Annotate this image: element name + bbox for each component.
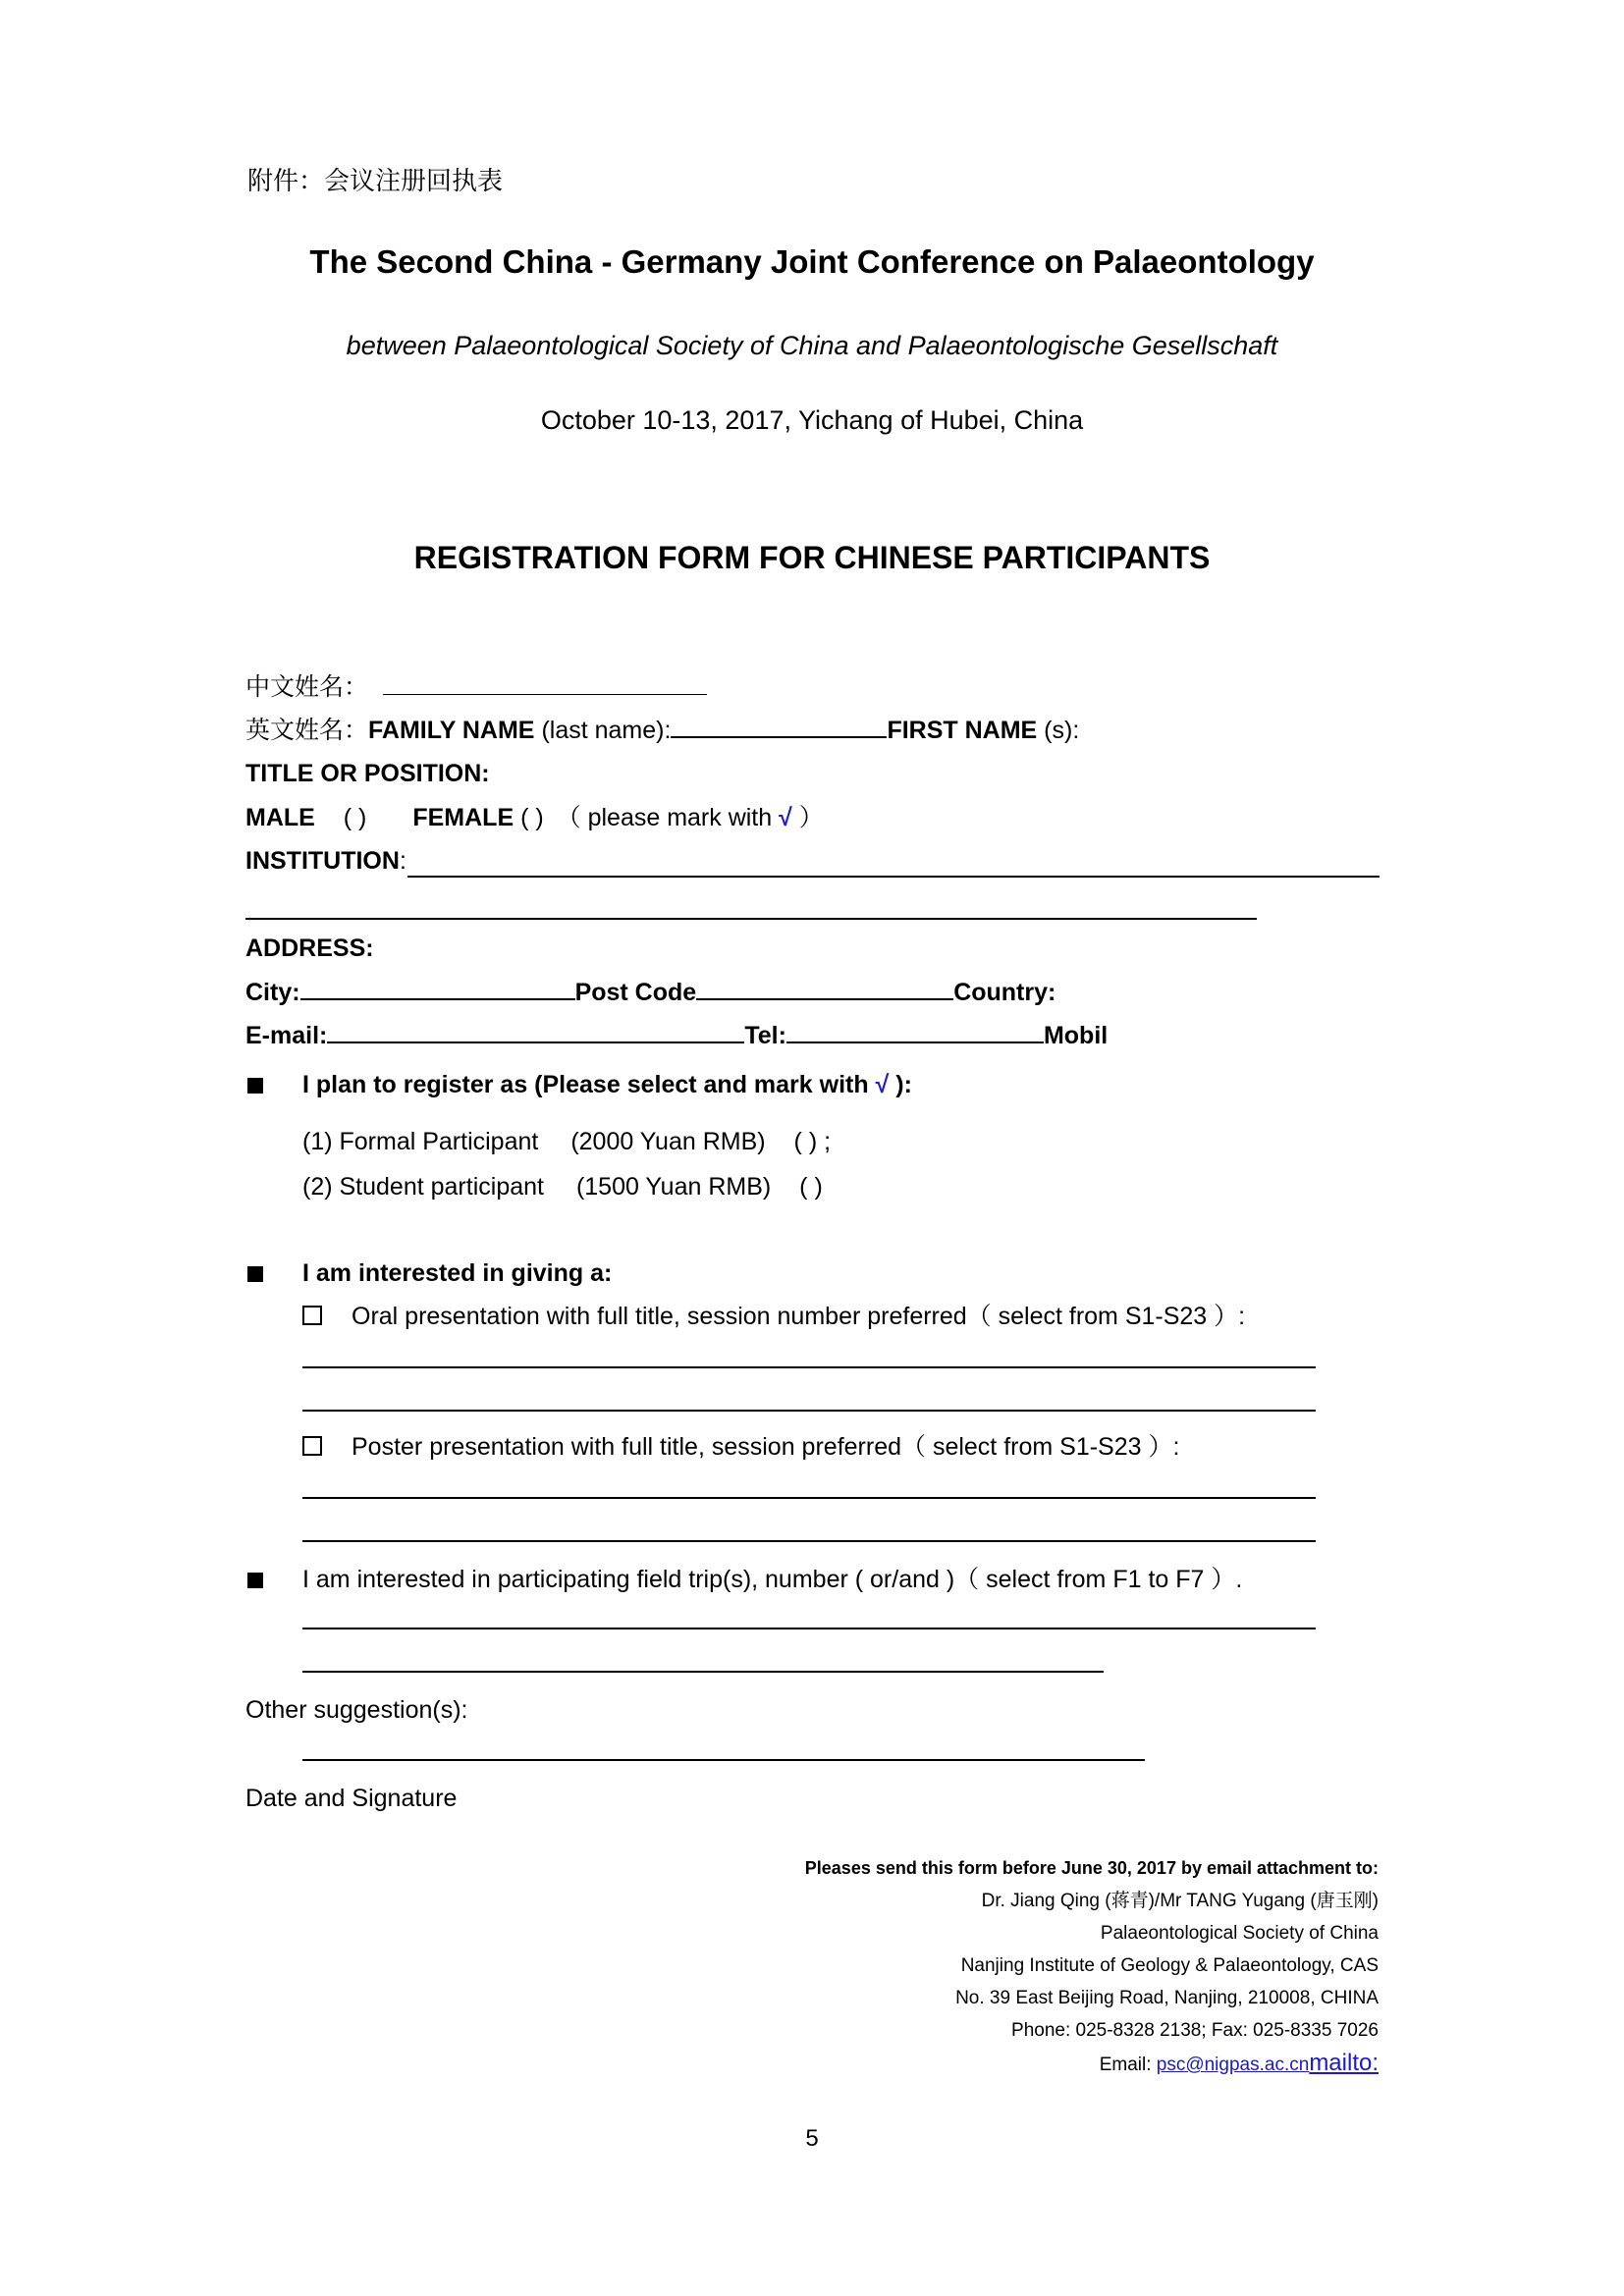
field-trip-line-2[interactable] xyxy=(302,1671,1104,1673)
email-row: E-mail:Tel:Mobil xyxy=(245,1020,1108,1051)
bullet-square-icon xyxy=(247,1266,263,1282)
city-field[interactable] xyxy=(300,977,575,1000)
post-code-field[interactable] xyxy=(696,977,953,1000)
footer-email-row: Email: psc@nigpas.ac.cnmailto: xyxy=(805,2047,1379,2081)
registration-option-formal: (1) Formal Participant (2000 Yuan RMB) (… xyxy=(302,1126,831,1157)
address-label: ADDRESS: xyxy=(245,933,374,964)
email-label: E-mail: xyxy=(245,1022,327,1049)
footer-instruction: Pleases send this form before June 30, 2… xyxy=(805,1852,1379,1885)
footer-mailto-link[interactable]: mailto: xyxy=(1309,2050,1379,2076)
footer-contact: Pleases send this form before June 30, 2… xyxy=(805,1852,1379,2081)
oral-presentation-checkbox[interactable] xyxy=(302,1306,322,1325)
option-label: (1) Formal Participant xyxy=(302,1128,538,1155)
mark-hint: （ please mark with √ ） xyxy=(557,804,824,831)
male-checkbox[interactable]: ( ) xyxy=(344,804,367,831)
footer-institute: Nanjing Institute of Geology & Palaeonto… xyxy=(805,1949,1379,1982)
chinese-name-label: 中文姓名： xyxy=(245,672,368,701)
chinese-name-field[interactable] xyxy=(383,672,707,695)
page-number: 5 xyxy=(0,2125,1624,2153)
footer-phone-fax: Phone: 025-8328 2138; Fax: 025-8335 7026 xyxy=(805,2014,1379,2047)
mobil-label: Mobil xyxy=(1044,1022,1108,1049)
gender-row: MALE ( ) FEMALE ( ) （ please mark with √… xyxy=(245,802,824,833)
post-code-label: Post Code xyxy=(575,979,697,1006)
english-name-row: 英文姓名：FAMILY NAME (last name):FIRST NAME … xyxy=(245,715,1079,746)
option-label: (2) Student participant xyxy=(302,1173,544,1201)
mark-hint-close: ） xyxy=(792,804,824,831)
title-position-label: TITLE OR POSITION: xyxy=(245,758,490,789)
tel-field[interactable] xyxy=(786,1020,1044,1043)
footer-contacts: Dr. Jiang Qing (蒋青)/Mr TANG Yugang (唐玉刚) xyxy=(805,1885,1379,1917)
conference-subtitle: between Palaeontological Society of Chin… xyxy=(0,331,1624,361)
check-mark-icon: √ xyxy=(779,804,792,831)
other-suggestions-line[interactable] xyxy=(302,1759,1145,1761)
family-name-hint: (last name): xyxy=(535,717,672,744)
country-label: Country: xyxy=(953,979,1056,1006)
footer-address: No. 39 East Beijing Road, Nanjing, 21000… xyxy=(805,1982,1379,2014)
female-label: FEMALE xyxy=(412,804,514,831)
city-label: City: xyxy=(245,979,300,1006)
poster-title-line-2[interactable] xyxy=(302,1540,1316,1542)
poster-presentation-label: Poster presentation with full title, ses… xyxy=(352,1433,1179,1461)
registration-prompt-end: ): xyxy=(889,1071,912,1098)
first-name-label: FIRST NAME xyxy=(887,717,1037,744)
english-name-label: 英文姓名： xyxy=(245,716,368,744)
check-mark-icon: √ xyxy=(876,1071,890,1098)
institution-row: INSTITUTION: xyxy=(245,845,406,877)
oral-title-line-2[interactable] xyxy=(302,1410,1316,1412)
institution-field-line-2[interactable] xyxy=(245,918,1257,920)
form-heading: REGISTRATION FORM FOR CHINESE PARTICIPAN… xyxy=(0,540,1624,576)
registration-prompt: I plan to register as (Please select and… xyxy=(302,1069,912,1100)
field-trip-prompt: I am interested in participating field t… xyxy=(302,1564,1242,1595)
bullet-square-icon xyxy=(247,1573,263,1588)
option-fee: (1500 Yuan RMB) xyxy=(576,1173,771,1201)
first-name-hint: (s): xyxy=(1037,717,1079,744)
formal-participant-checkbox[interactable]: ( ) ; xyxy=(794,1128,832,1155)
conference-title: The Second China - Germany Joint Confere… xyxy=(0,243,1624,281)
city-row: City:Post CodeCountry: xyxy=(245,977,1056,1008)
bullet-square-icon xyxy=(247,1078,263,1094)
email-field[interactable] xyxy=(327,1020,744,1043)
attachment-label: 附件：会议注册回执表 xyxy=(247,161,503,197)
registration-option-student: (2) Student participant (1500 Yuan RMB) … xyxy=(302,1171,823,1202)
institution-colon: : xyxy=(400,847,406,875)
institution-label: INSTITUTION xyxy=(245,847,400,875)
institution-field-line-1[interactable] xyxy=(407,876,1380,878)
date-signature-label: Date and Signature xyxy=(245,1783,457,1814)
conference-date-location: October 10-13, 2017, Yichang of Hubei, C… xyxy=(0,405,1624,436)
poster-presentation-checkbox[interactable] xyxy=(302,1436,322,1456)
family-name-label: FAMILY NAME xyxy=(368,717,534,744)
student-participant-checkbox[interactable]: ( ) xyxy=(799,1173,823,1201)
male-label: MALE xyxy=(245,804,315,831)
footer-society: Palaeontological Society of China xyxy=(805,1917,1379,1949)
oral-presentation-row: Oral presentation with full title, sessi… xyxy=(302,1301,1245,1332)
oral-presentation-label: Oral presentation with full title, sessi… xyxy=(352,1303,1245,1330)
footer-email-link[interactable]: psc@nigpas.ac.cn xyxy=(1157,2055,1310,2075)
footer-email-label: Email: xyxy=(1100,2055,1157,2075)
presentation-prompt: I am interested in giving a: xyxy=(302,1257,612,1289)
registration-prompt-text: I plan to register as (Please select and… xyxy=(302,1071,876,1098)
poster-title-line-1[interactable] xyxy=(302,1497,1316,1499)
female-checkbox[interactable]: ( ) xyxy=(520,804,544,831)
oral-title-line-1[interactable] xyxy=(302,1366,1316,1368)
tel-label: Tel: xyxy=(744,1022,786,1049)
chinese-name-row: 中文姓名： xyxy=(245,671,707,703)
field-trip-line-1[interactable] xyxy=(302,1628,1316,1629)
family-name-field[interactable] xyxy=(671,715,887,738)
mark-hint-text: （ please mark with xyxy=(557,804,779,831)
other-suggestions-label: Other suggestion(s): xyxy=(245,1694,468,1726)
poster-presentation-row: Poster presentation with full title, ses… xyxy=(302,1431,1179,1463)
option-fee: (2000 Yuan RMB) xyxy=(570,1128,765,1155)
